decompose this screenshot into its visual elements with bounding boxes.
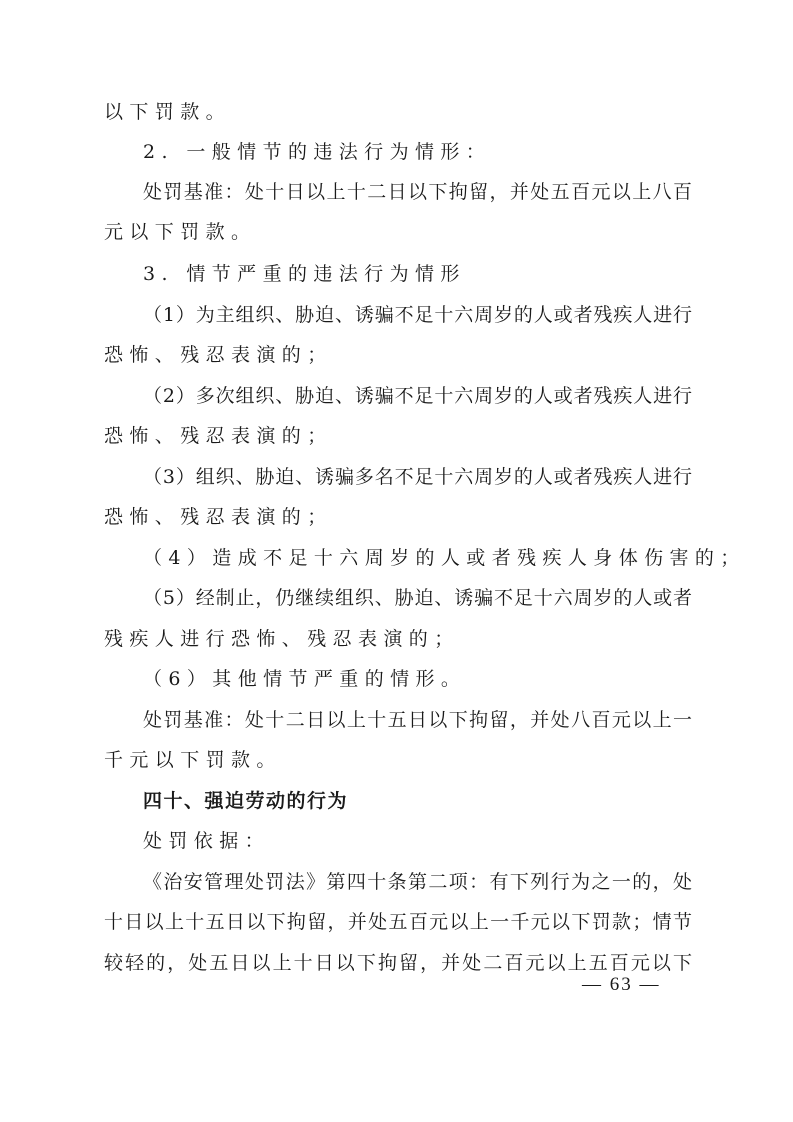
penalty-standard-serious-cont: 千元以下罚款。 xyxy=(104,748,692,772)
penalty-standard-general: 处罚基准：处十日以上十二日以下拘留，并处五百元以上八百 xyxy=(143,180,692,204)
list-item-2-cont: 恐怖、残忍表演的； xyxy=(104,424,692,448)
page-number: — 63 — xyxy=(582,973,661,997)
list-item-6: （6）其他情节严重的情形。 xyxy=(143,667,692,691)
subsection-heading-general: 2. 一般情节的违法行为情形： xyxy=(143,140,692,164)
text-line-continuation: 以下罚款。 xyxy=(104,100,692,124)
legal-citation-cont-2: 较轻的，处五日以上十日以下拘留，并处二百元以上五百元以下 xyxy=(104,951,692,975)
list-item-3-cont: 恐怖、残忍表演的； xyxy=(104,505,692,529)
list-item-3: （3）组织、胁迫、诱骗多名不足十六周岁的人或者残疾人进行 xyxy=(143,465,692,489)
penalty-standard-serious: 处罚基准：处十二日以上十五日以下拘留，并处八百元以上一 xyxy=(143,708,692,732)
list-item-1-cont: 恐怖、残忍表演的； xyxy=(104,343,692,367)
legal-citation: 《治安管理处罚法》第四十条第二项：有下列行为之一的，处 xyxy=(143,870,692,894)
legal-citation-cont-1: 十日以上十五日以下拘留，并处五百元以上一千元以下罚款；情节 xyxy=(104,910,692,934)
penalty-standard-general-cont: 元以下罚款。 xyxy=(104,220,692,244)
list-item-4: （4）造成不足十六周岁的人或者残疾人身体伤害的； xyxy=(143,546,692,570)
penalty-basis-label: 处罚依据： xyxy=(143,829,692,853)
section-heading-forced-labor: 四十、强迫劳动的行为 xyxy=(143,789,692,813)
subsection-heading-serious: 3. 情节严重的违法行为情形 xyxy=(143,262,692,286)
list-item-5-cont: 残疾人进行恐怖、残忍表演的； xyxy=(104,627,692,651)
list-item-1: （1）为主组织、胁迫、诱骗不足十六周岁的人或者残疾人进行 xyxy=(143,303,692,327)
list-item-2: （2）多次组织、胁迫、诱骗不足十六周岁的人或者残疾人进行 xyxy=(143,384,692,408)
list-item-5: （5）经制止，仍继续组织、胁迫、诱骗不足十六周岁的人或者 xyxy=(143,586,692,610)
